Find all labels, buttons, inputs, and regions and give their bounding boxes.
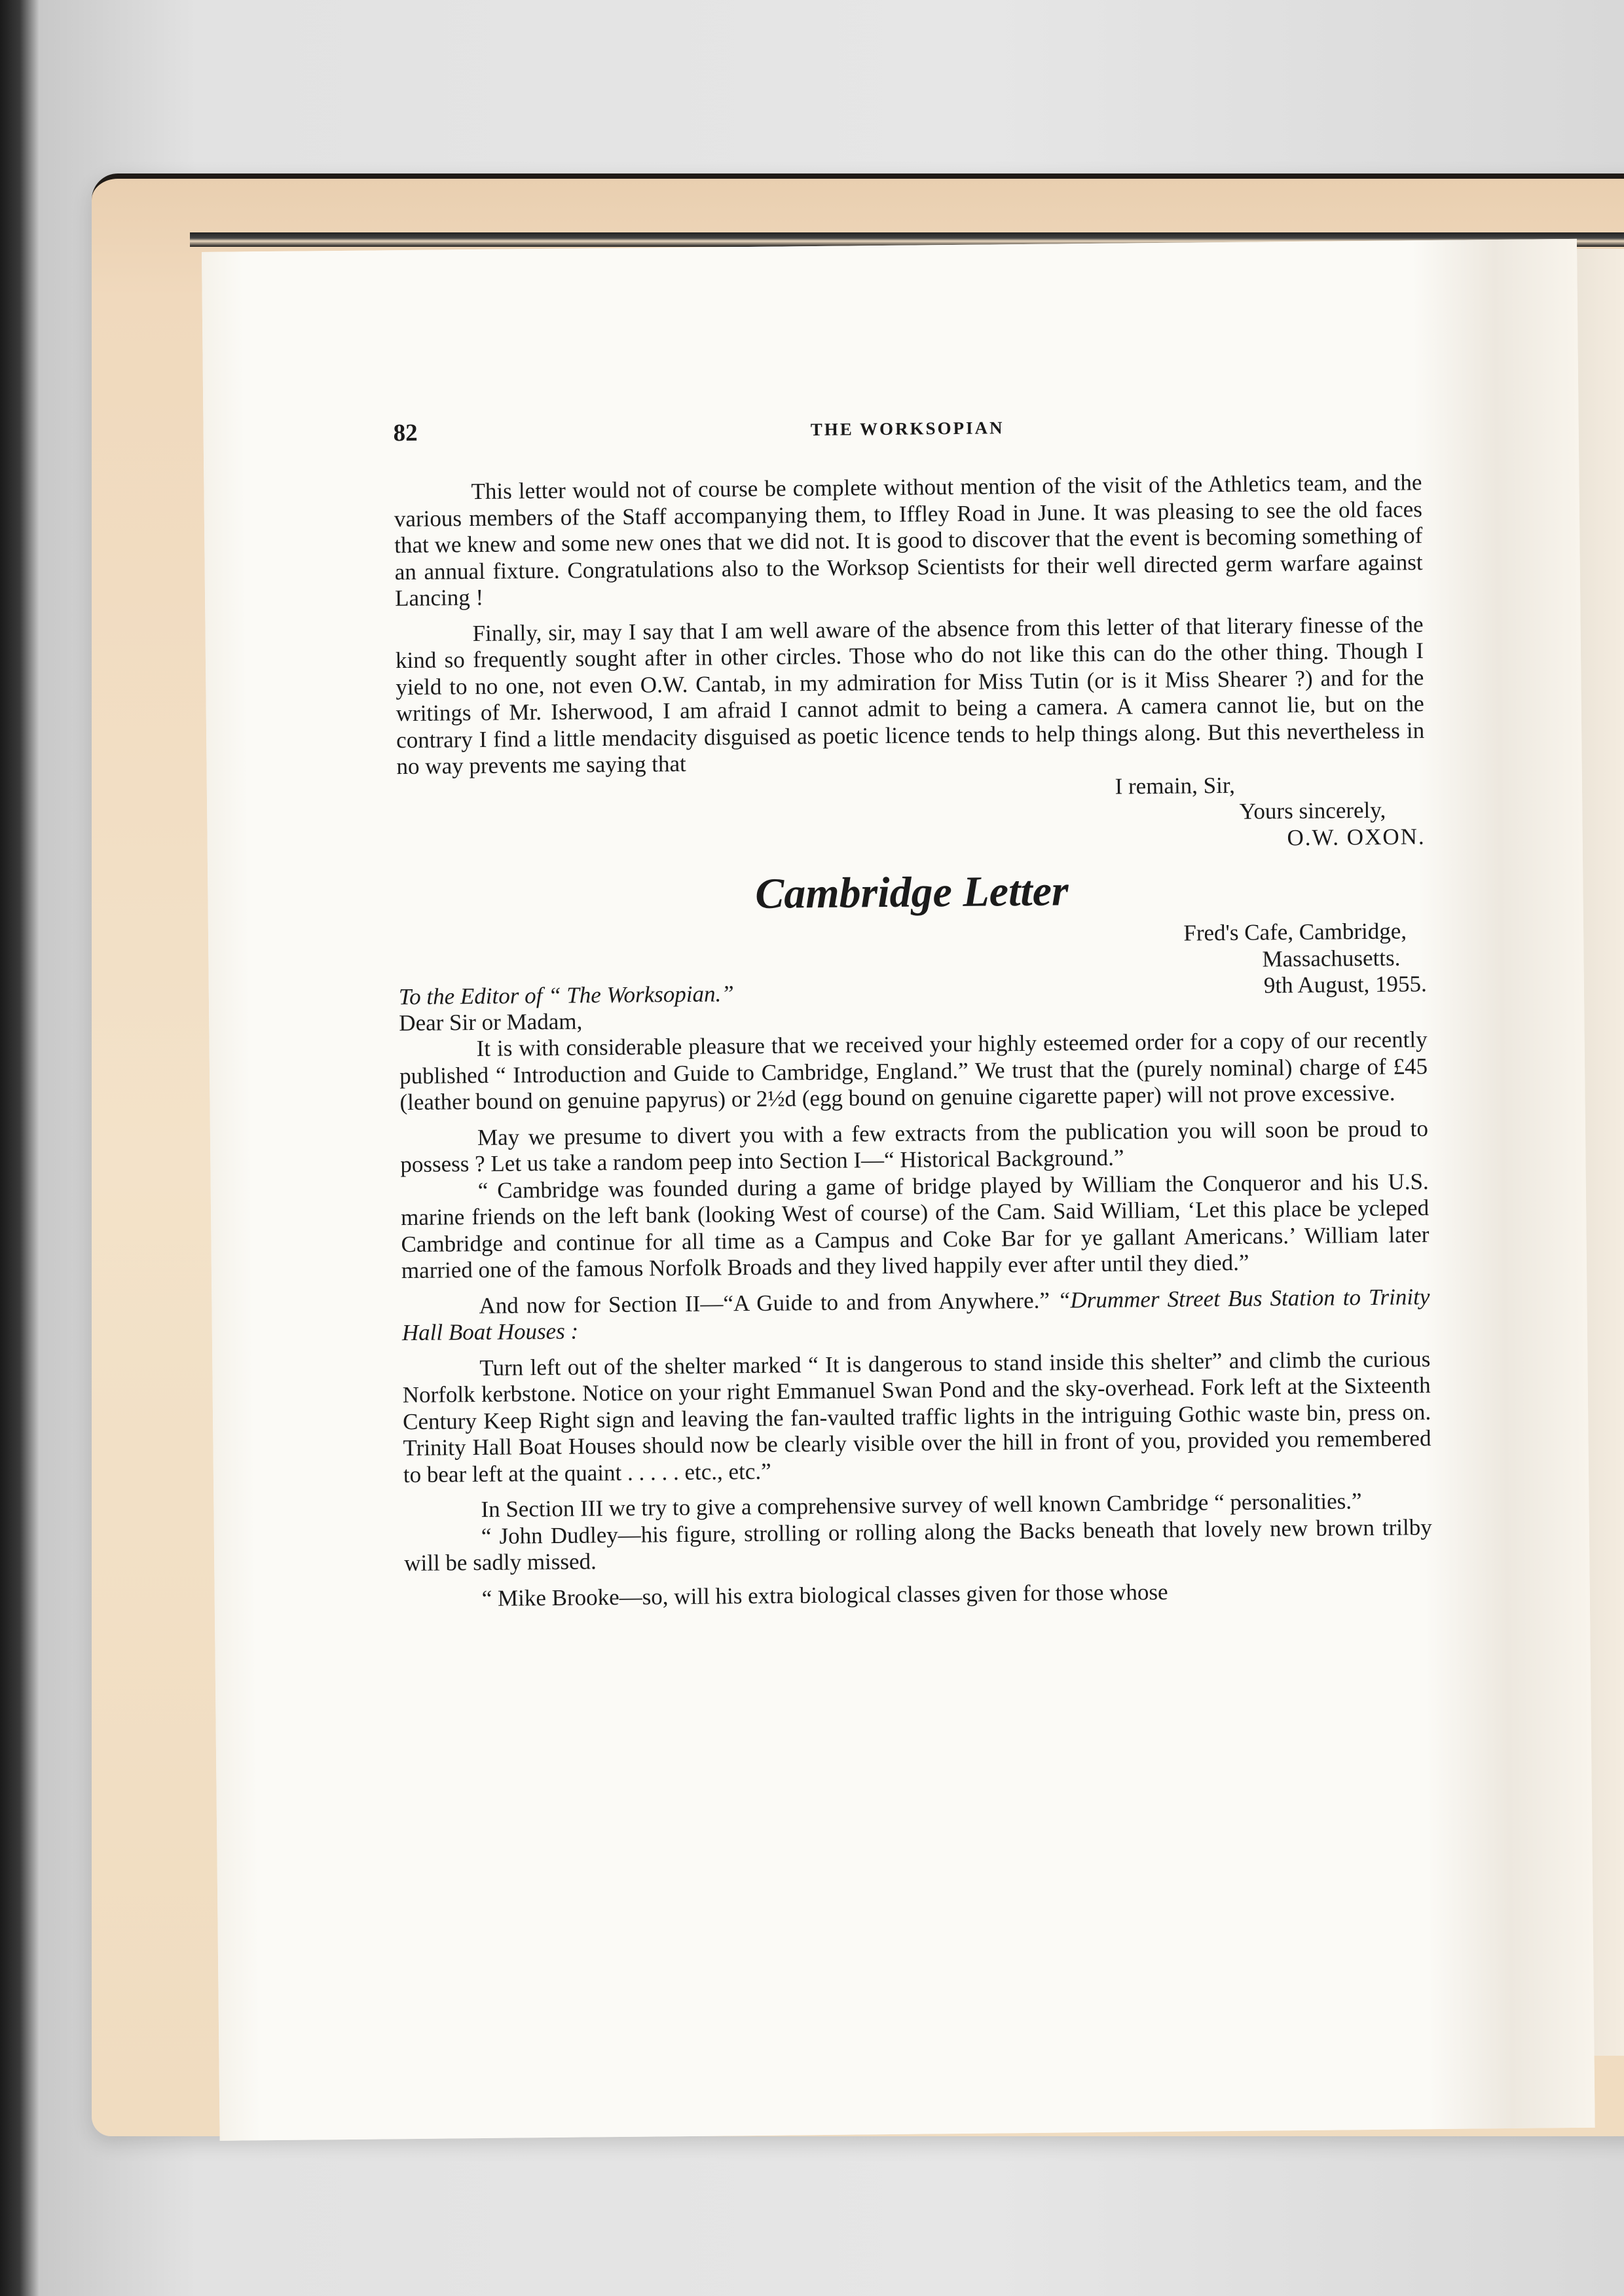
- body-paragraph: “ John Dudley—his figure, strolling or r…: [404, 1514, 1433, 1577]
- body-paragraph: It is with considerable pleasure that we…: [399, 1027, 1428, 1116]
- addressee: To the Editor of “ The Worksopian.”: [399, 981, 734, 1010]
- body-paragraph: May we presume to divert you with a few …: [400, 1116, 1429, 1178]
- section-intro: And now for Section II—“A Guide to and f…: [479, 1287, 1058, 1318]
- body-paragraph: Finally, sir, may I say that I am well a…: [395, 611, 1424, 780]
- book-page: 82 THE WORKSOPIAN This letter would not …: [202, 239, 1595, 2141]
- page-content: 82 THE WORKSOPIAN This letter would not …: [393, 410, 1432, 1613]
- running-head: 82 THE WORKSOPIAN: [393, 410, 1422, 479]
- body-paragraph: This letter would not of course be compl…: [394, 469, 1423, 612]
- body-paragraph: And now for Section II—“A Guide to and f…: [401, 1284, 1430, 1347]
- journal-title: THE WORKSOPIAN: [393, 410, 1421, 447]
- cambridge-letter: Cambridge Letter Fred's Cafe, Cambridge,…: [397, 862, 1433, 1613]
- body-paragraph: “ Cambridge was founded during a game of…: [401, 1169, 1430, 1285]
- body-paragraph: Turn left out of the shelter marked “ It…: [402, 1346, 1431, 1489]
- oxford-letter-continuation: This letter would not of course be compl…: [394, 469, 1426, 860]
- body-paragraph: “ Mike Brooke—so, will his extra biologi…: [405, 1576, 1433, 1613]
- section-title: Cambridge Letter: [397, 862, 1426, 924]
